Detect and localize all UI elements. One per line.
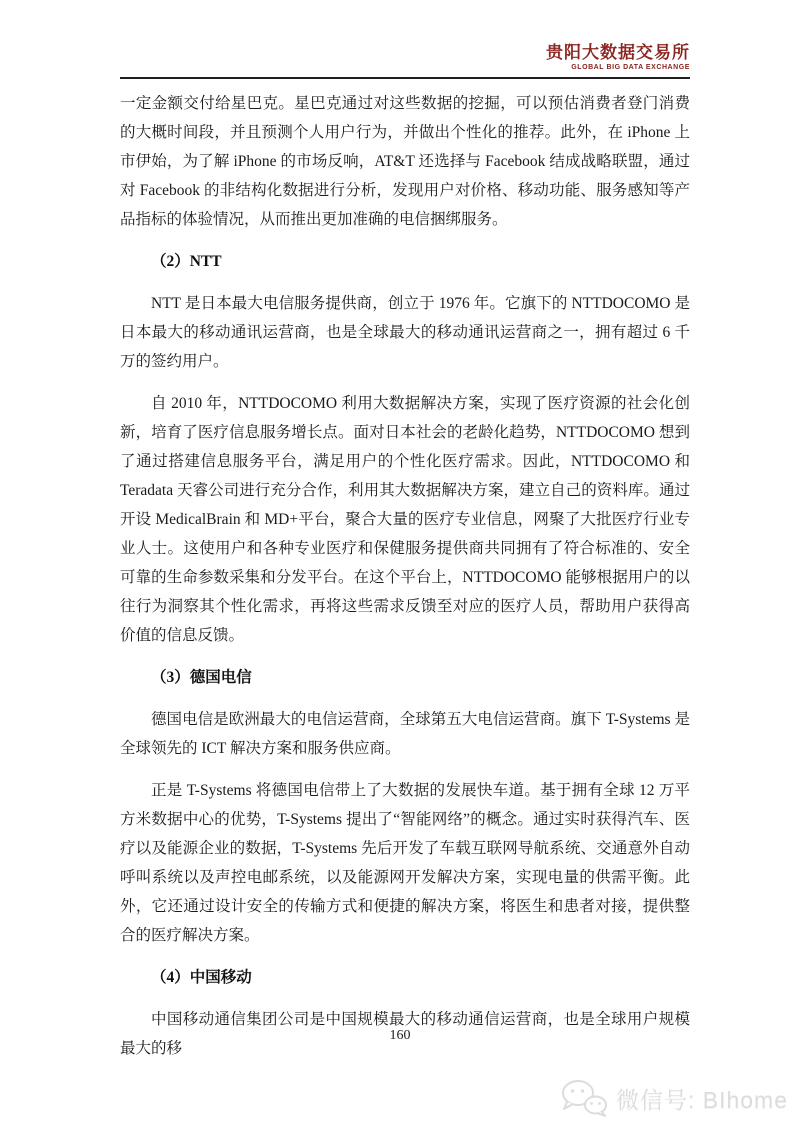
header-logo-chinese: 贵阳大数据交易所	[120, 44, 690, 62]
document-body: 一定金额交付给星巴克。星巴克通过对这些数据的挖掘，可以预估消费者登门消费的大概时…	[120, 89, 690, 1076]
header-logo-english: GLOBAL BIG DATA EXCHANGE	[120, 64, 690, 71]
watermark: 微信号: BIhome	[561, 1079, 788, 1117]
section-heading-deutsche-telekom: （3）德国电信	[120, 663, 690, 692]
paragraph-ntt-intro: NTT 是日本最大电信服务提供商，创立于 1976 年。它旗下的 NTTDOCO…	[120, 289, 690, 376]
document-page: 贵阳大数据交易所 GLOBAL BIG DATA EXCHANGE 一定金额交付…	[0, 0, 800, 1131]
watermark-text: 微信号: BIhome	[616, 1082, 788, 1115]
paragraph-dt-intro: 德国电信是欧洲最大的电信运营商，全球第五大电信运营商。旗下 T-Systems …	[120, 705, 690, 763]
header-rule	[120, 77, 690, 79]
section-heading-ntt: （2）NTT	[120, 247, 690, 276]
section-heading-china-mobile: （4）中国移动	[120, 963, 690, 992]
paragraph-starbucks-att: 一定金额交付给星巴克。星巴克通过对这些数据的挖掘，可以预估消费者登门消费的大概时…	[120, 89, 690, 234]
header-logo: 贵阳大数据交易所 GLOBAL BIG DATA EXCHANGE	[120, 44, 690, 71]
page-number: 160	[0, 1028, 800, 1044]
wechat-icon	[561, 1079, 607, 1117]
paragraph-dt-tsystems: 正是 T-Systems 将德国电信带上了大数据的发展快车道。基于拥有全球 12…	[120, 776, 690, 950]
paragraph-ntt-docomo: 自 2010 年，NTTDOCOMO 利用大数据解决方案，实现了医疗资源的社会化…	[120, 389, 690, 650]
